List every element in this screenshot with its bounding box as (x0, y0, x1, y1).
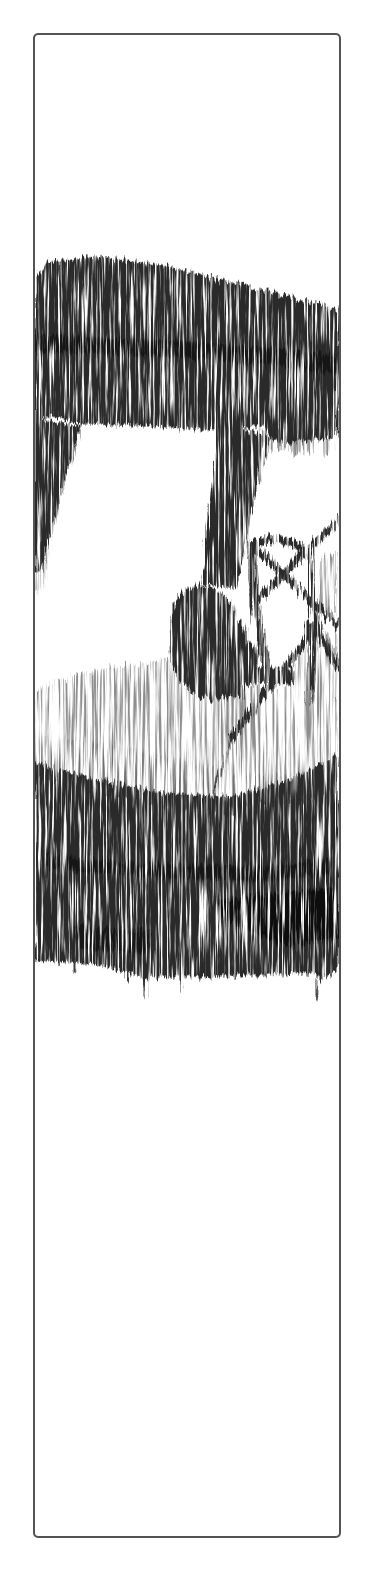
image-frame (33, 33, 341, 1538)
page-background: { "image": { "subject": "grainy charcoal… (0, 0, 376, 1576)
sketch-drawing (35, 35, 339, 1536)
paper-grain-speckle-overlay (35, 35, 339, 1536)
